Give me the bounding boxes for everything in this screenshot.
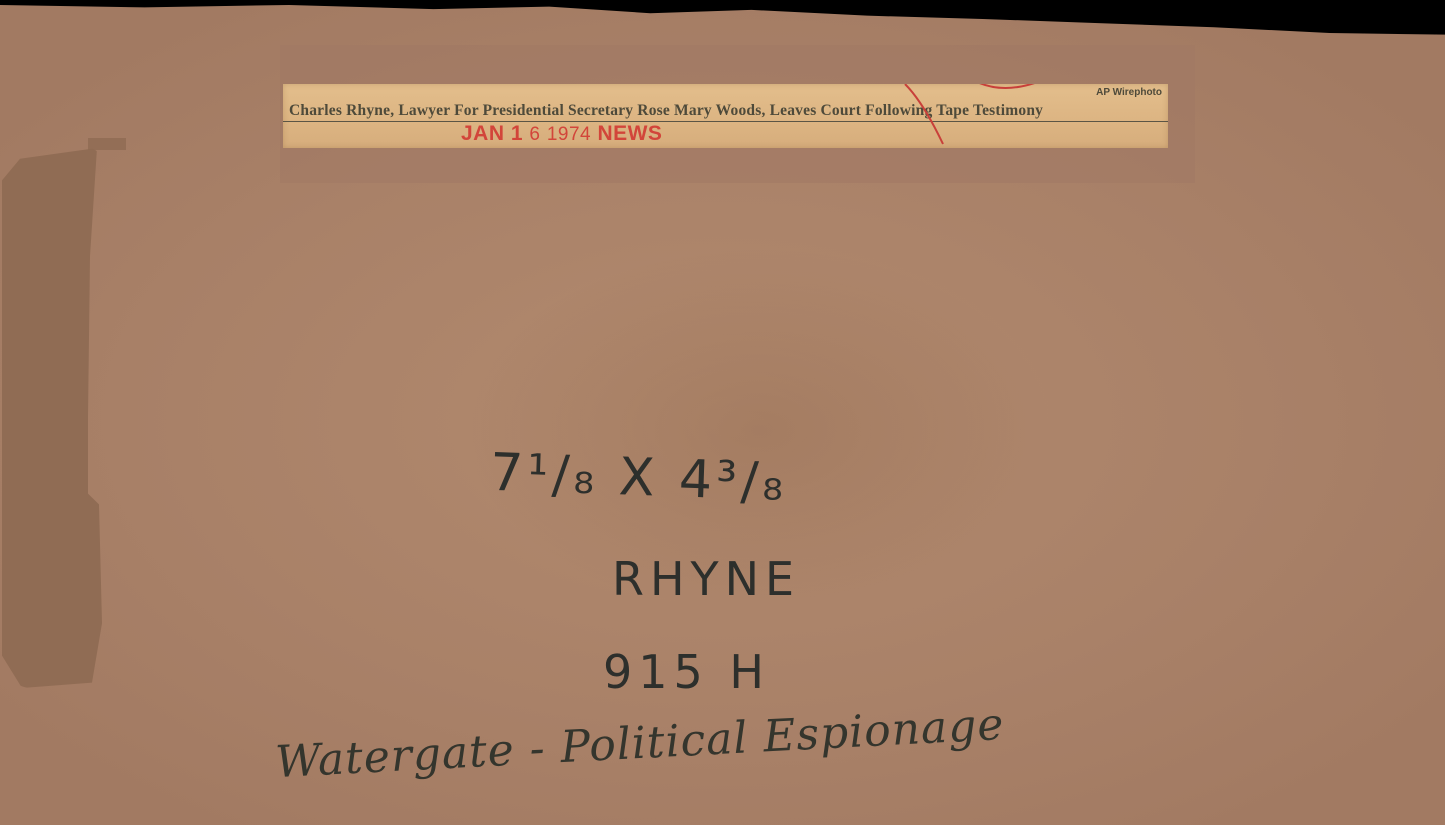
tape-stain-left [2, 148, 102, 688]
tape-residue-top [88, 138, 126, 150]
caption-clipping: AP Wirephoto Charles Rhyne, Lawyer For P… [283, 84, 1168, 148]
red-pencil-mark-icon [283, 84, 1168, 148]
handwritten-file-code: 915 H [603, 645, 770, 699]
handwritten-dimensions: 7¹/₈ X 4³/₈ [489, 443, 788, 513]
handwritten-subject-name: RHYNE [612, 552, 800, 606]
clipping-tape: AP Wirephoto Charles Rhyne, Lawyer For P… [280, 45, 1195, 183]
